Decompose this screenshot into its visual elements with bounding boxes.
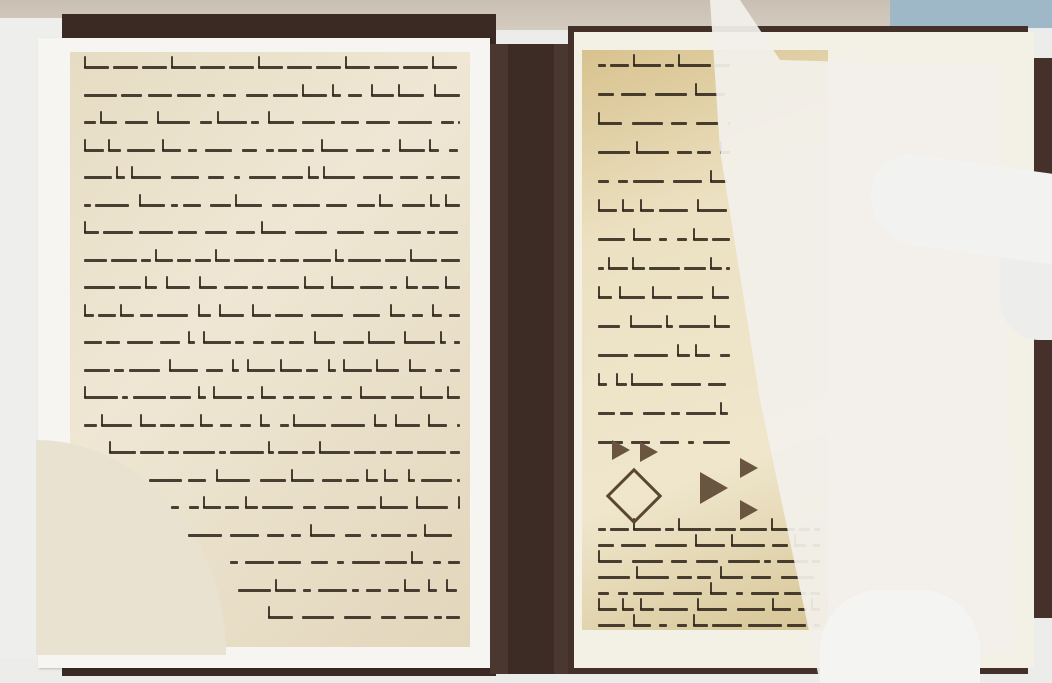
script-stroke — [220, 424, 232, 427]
script-stroke — [344, 616, 371, 619]
script-stroke — [368, 341, 395, 344]
script-stroke — [319, 451, 350, 454]
script-stroke — [103, 231, 133, 234]
script-stroke — [217, 121, 247, 124]
script-stroke — [188, 479, 206, 482]
script-stroke — [303, 506, 316, 509]
script-stroke — [619, 286, 621, 298]
script-stroke — [748, 624, 782, 627]
script-stroke — [273, 94, 298, 97]
script-stroke — [141, 259, 151, 262]
script-stroke — [326, 204, 347, 207]
script-stroke — [446, 616, 460, 619]
script-stroke — [710, 180, 727, 183]
script-stroke — [659, 209, 688, 212]
script-stroke — [95, 204, 129, 207]
script-stroke — [142, 66, 167, 69]
script-stroke — [113, 66, 138, 69]
script-stroke — [366, 469, 368, 481]
script-stroke — [341, 121, 359, 124]
script-stroke — [633, 64, 661, 67]
script-stroke — [272, 204, 287, 207]
script-stroke — [420, 396, 443, 399]
script-stroke — [357, 506, 376, 509]
script-stroke — [381, 534, 401, 537]
script-stroke — [139, 194, 141, 206]
script-stroke — [171, 506, 179, 509]
script-stroke — [348, 94, 362, 97]
script-stroke — [598, 608, 617, 611]
script-stroke — [119, 286, 141, 289]
script-stroke — [720, 576, 743, 579]
script-stroke — [219, 314, 244, 317]
script-stroke — [287, 66, 312, 69]
script-stroke — [170, 396, 191, 399]
script-stroke — [449, 314, 460, 317]
script-stroke — [251, 121, 259, 124]
script-stroke — [598, 93, 614, 96]
script-stroke — [772, 598, 774, 610]
script-stroke — [314, 331, 316, 343]
script-stroke — [666, 315, 668, 327]
script-stroke — [122, 396, 128, 399]
script-stroke — [168, 451, 179, 454]
script-stroke — [207, 94, 215, 97]
script-stroke — [598, 576, 630, 579]
script-stroke — [268, 121, 294, 124]
script-stroke — [673, 592, 702, 595]
script-stroke — [101, 414, 103, 426]
script-stroke — [84, 386, 86, 398]
script-stroke — [293, 204, 320, 207]
script-stroke — [232, 359, 234, 371]
script-stroke — [216, 469, 218, 481]
triangle-ornament — [740, 500, 758, 520]
script-stroke — [157, 111, 159, 123]
script-stroke — [454, 341, 460, 344]
script-stroke — [261, 231, 286, 234]
script-stroke — [219, 451, 226, 454]
script-stroke — [697, 209, 727, 212]
script-stroke — [84, 304, 86, 316]
script-stroke — [247, 396, 254, 399]
script-stroke — [402, 204, 425, 207]
script-stroke — [116, 166, 118, 178]
script-stroke — [366, 589, 381, 592]
script-stroke — [242, 149, 257, 152]
script-stroke — [188, 534, 222, 537]
script-stroke — [166, 276, 168, 288]
script-stroke — [631, 383, 663, 386]
script-stroke — [280, 369, 302, 372]
script-stroke — [457, 479, 460, 482]
script-stroke — [229, 66, 254, 69]
script-stroke — [267, 286, 299, 289]
script-stroke — [398, 84, 400, 96]
script-stroke — [412, 314, 423, 317]
script-stroke — [396, 451, 413, 454]
script-stroke — [660, 441, 679, 444]
script-stroke — [447, 386, 449, 398]
script-stroke — [424, 534, 452, 537]
script-stroke — [360, 386, 362, 398]
script-stroke — [693, 228, 695, 240]
script-stroke — [678, 54, 680, 66]
script-stroke — [636, 141, 638, 153]
script-stroke — [205, 231, 227, 234]
script-stroke — [213, 396, 242, 399]
script-stroke — [728, 560, 760, 563]
script-stroke — [384, 469, 386, 481]
script-stroke — [260, 414, 262, 426]
script-stroke — [332, 84, 334, 96]
script-stroke — [695, 544, 725, 547]
script-stroke — [632, 122, 663, 125]
script-stroke — [352, 589, 359, 592]
script-stroke — [598, 592, 609, 595]
script-stroke — [640, 199, 642, 211]
script-stroke — [621, 93, 646, 96]
script-stroke — [308, 166, 310, 178]
script-stroke — [427, 231, 435, 234]
script-stroke — [353, 314, 380, 317]
script-stroke — [410, 259, 437, 262]
script-stroke — [253, 341, 264, 344]
script-stroke — [131, 176, 161, 179]
script-stroke — [693, 614, 695, 626]
script-stroke — [404, 589, 420, 592]
script-stroke — [306, 369, 318, 372]
script-stroke — [598, 209, 617, 212]
script-stroke — [714, 315, 716, 327]
script-stroke — [421, 479, 452, 482]
script-stroke — [271, 341, 284, 344]
script-stroke — [261, 396, 276, 399]
script-stroke — [106, 341, 120, 344]
script-stroke — [219, 304, 221, 316]
script-stroke — [162, 149, 181, 152]
script-stroke — [434, 94, 460, 97]
triangle-ornament — [612, 440, 630, 460]
script-stroke — [621, 544, 646, 547]
script-stroke — [335, 249, 337, 261]
script-stroke — [380, 506, 408, 509]
script-stroke — [432, 56, 434, 68]
script-stroke — [714, 325, 730, 328]
script-stroke — [448, 561, 460, 564]
script-stroke — [695, 83, 697, 95]
script-stroke — [395, 414, 397, 426]
script-stroke — [616, 373, 618, 385]
script-stroke — [416, 496, 418, 508]
script-stroke — [382, 149, 390, 152]
script-stroke — [697, 199, 699, 211]
script-stroke — [108, 139, 110, 151]
script-stroke — [314, 341, 335, 344]
script-stroke — [302, 94, 327, 97]
script-stroke — [440, 331, 442, 343]
script-stroke — [671, 412, 680, 415]
script-stroke — [225, 506, 239, 509]
script-stroke — [608, 257, 610, 269]
script-stroke — [632, 257, 634, 269]
script-stroke — [345, 534, 361, 537]
script-stroke — [408, 469, 410, 481]
script-stroke — [343, 359, 345, 371]
script-stroke — [283, 396, 294, 399]
script-stroke — [303, 589, 311, 592]
script-stroke — [323, 176, 355, 179]
script-stroke — [145, 276, 147, 288]
script-stroke — [162, 139, 164, 151]
script-stroke — [346, 479, 359, 482]
script-stroke — [84, 204, 91, 207]
script-stroke — [618, 180, 628, 183]
script-stroke — [169, 369, 198, 372]
script-stroke — [632, 560, 663, 563]
script-stroke — [633, 592, 664, 595]
script-stroke — [643, 412, 665, 415]
script-stroke — [261, 386, 263, 398]
script-stroke — [183, 204, 201, 207]
script-stroke — [640, 598, 642, 610]
script-stroke — [203, 496, 205, 508]
triangle-ornament — [640, 442, 658, 462]
script-stroke — [652, 296, 672, 299]
script-stroke — [458, 121, 460, 124]
script-stroke — [395, 424, 420, 427]
script-stroke — [416, 506, 448, 509]
script-stroke — [404, 341, 435, 344]
script-stroke — [399, 149, 425, 152]
script-stroke — [246, 94, 268, 97]
script-stroke — [302, 451, 315, 454]
script-stroke — [598, 151, 630, 154]
triangle-ornament — [740, 458, 758, 478]
script-stroke — [598, 122, 622, 125]
script-stroke — [764, 560, 771, 563]
script-stroke — [247, 369, 275, 372]
script-stroke — [397, 231, 421, 234]
script-stroke — [404, 616, 428, 619]
script-stroke — [428, 424, 447, 427]
script-stroke — [198, 304, 200, 316]
script-stroke — [302, 616, 334, 619]
script-stroke — [598, 598, 600, 610]
script-stroke — [697, 576, 711, 579]
script-stroke — [678, 528, 711, 531]
script-stroke — [458, 496, 460, 508]
script-stroke — [352, 561, 380, 564]
script-stroke — [278, 149, 297, 152]
script-stroke — [636, 576, 669, 579]
script-stroke — [360, 286, 383, 289]
script-stroke — [409, 359, 411, 371]
script-stroke — [633, 228, 635, 240]
script-stroke — [177, 259, 191, 262]
script-stroke — [199, 286, 217, 289]
script-stroke — [188, 149, 197, 152]
script-stroke — [155, 249, 157, 261]
script-stroke — [434, 84, 436, 96]
script-stroke — [445, 204, 460, 207]
script-stroke — [183, 451, 215, 454]
script-stroke — [678, 518, 680, 530]
script-stroke — [275, 579, 277, 591]
script-stroke — [267, 534, 284, 537]
script-stroke — [697, 608, 727, 611]
script-stroke — [304, 286, 324, 289]
script-stroke — [404, 579, 406, 591]
script-stroke — [100, 111, 102, 123]
script-stroke — [633, 624, 651, 627]
script-stroke — [348, 259, 381, 262]
script-stroke — [633, 180, 664, 183]
script-stroke — [710, 592, 727, 595]
script-stroke — [417, 451, 446, 454]
script-stroke — [771, 518, 773, 530]
script-stroke — [671, 383, 701, 386]
script-stroke — [160, 341, 180, 344]
script-stroke — [84, 424, 97, 427]
script-stroke — [280, 359, 282, 371]
script-stroke — [410, 249, 412, 261]
script-stroke — [446, 579, 448, 591]
script-stroke — [171, 176, 199, 179]
script-stroke — [665, 64, 674, 67]
script-stroke — [203, 506, 221, 509]
script-stroke — [686, 412, 716, 415]
script-stroke — [302, 84, 304, 96]
script-stroke — [407, 534, 417, 537]
script-stroke — [157, 121, 190, 124]
script-stroke — [677, 296, 703, 299]
script-stroke — [390, 286, 397, 289]
script-stroke — [293, 424, 326, 427]
script-stroke — [84, 341, 102, 344]
script-stroke — [677, 576, 692, 579]
script-stroke — [205, 149, 232, 152]
script-stroke — [268, 441, 270, 453]
script-stroke — [671, 560, 687, 563]
script-stroke — [426, 176, 434, 179]
script-stroke — [84, 369, 110, 372]
script-stroke — [178, 231, 197, 234]
script-stroke — [345, 56, 347, 68]
script-stroke — [331, 286, 354, 289]
script-stroke — [598, 412, 615, 415]
script-stroke — [404, 331, 406, 343]
script-stroke — [659, 624, 667, 627]
script-stroke — [252, 314, 271, 317]
script-stroke — [598, 560, 622, 563]
script-stroke — [445, 286, 460, 289]
script-stroke — [291, 534, 301, 537]
script-stroke — [293, 414, 295, 426]
script-stroke — [171, 204, 178, 207]
script-stroke — [677, 238, 687, 241]
script-stroke — [120, 304, 122, 316]
script-stroke — [695, 354, 710, 357]
script-stroke — [695, 344, 697, 356]
script-stroke — [356, 149, 374, 152]
script-stroke — [234, 259, 264, 262]
script-stroke — [343, 369, 372, 372]
script-stroke — [322, 479, 342, 482]
script-stroke — [371, 534, 377, 537]
script-stroke — [84, 259, 107, 262]
script-stroke — [140, 414, 142, 426]
script-stroke — [100, 121, 117, 124]
script-stroke — [428, 579, 430, 591]
script-stroke — [391, 396, 414, 399]
script-stroke — [208, 176, 224, 179]
script-stroke — [449, 149, 458, 152]
script-stroke — [445, 194, 447, 206]
script-stroke — [203, 341, 231, 344]
script-stroke — [235, 204, 262, 207]
script-stroke — [258, 56, 260, 68]
script-stroke — [726, 267, 730, 270]
script-stroke — [411, 551, 413, 563]
script-stroke — [129, 369, 160, 372]
script-stroke — [630, 315, 632, 327]
script-stroke — [200, 121, 212, 124]
script-stroke — [622, 598, 624, 610]
script-stroke — [140, 424, 156, 427]
script-stroke — [598, 180, 609, 183]
script-stroke — [252, 304, 254, 316]
script-stroke — [677, 344, 679, 356]
script-stroke — [598, 373, 600, 385]
script-stroke — [598, 550, 600, 562]
script-stroke — [302, 121, 335, 124]
script-stroke — [673, 180, 702, 183]
script-stroke — [199, 276, 201, 288]
script-stroke — [450, 451, 460, 454]
script-stroke — [695, 534, 697, 546]
script-stroke — [772, 608, 791, 611]
script-stroke — [133, 396, 166, 399]
script-stroke — [323, 166, 325, 178]
script-stroke — [380, 451, 392, 454]
script-stroke — [200, 414, 202, 426]
script-stroke — [109, 451, 136, 454]
script-stroke — [331, 424, 365, 427]
script-stroke — [127, 149, 155, 152]
script-stroke — [337, 561, 344, 564]
script-stroke — [140, 451, 164, 454]
script-stroke — [633, 528, 661, 531]
script-stroke — [731, 544, 765, 547]
script-stroke — [230, 561, 238, 564]
script-stroke — [354, 451, 376, 454]
script-stroke — [400, 176, 418, 179]
script-stroke — [398, 121, 432, 124]
script-stroke — [321, 149, 348, 152]
script-stroke — [640, 209, 654, 212]
script-stroke — [114, 369, 124, 372]
script-stroke — [677, 151, 692, 154]
script-stroke — [381, 616, 396, 619]
script-stroke — [252, 286, 263, 289]
script-stroke — [659, 608, 688, 611]
script-stroke — [388, 589, 399, 592]
script-stroke — [684, 267, 706, 270]
script-stroke — [677, 624, 687, 627]
script-stroke — [406, 276, 408, 288]
script-stroke — [379, 194, 381, 206]
